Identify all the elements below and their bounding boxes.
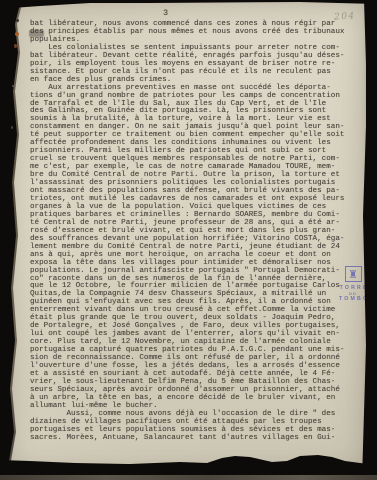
stamp-frame: ♜ — [345, 266, 362, 282]
tower-icon: ♜ — [348, 269, 358, 280]
typewritten-body-text: bat libérateur, nous avons commencé dans… — [30, 21, 344, 443]
scanner-bed-strip — [0, 475, 377, 480]
overstrike-mark — [29, 30, 44, 37]
page-number: 3 — [163, 8, 168, 18]
paper-speck — [12, 85, 14, 87]
paper-speck — [16, 19, 19, 22]
paper-speck — [15, 32, 19, 36]
paper-speck — [14, 44, 17, 48]
scanned-document-page: 3 204 bat libérateur, nous avons commenc… — [0, 0, 377, 480]
paper-speck — [11, 126, 13, 129]
